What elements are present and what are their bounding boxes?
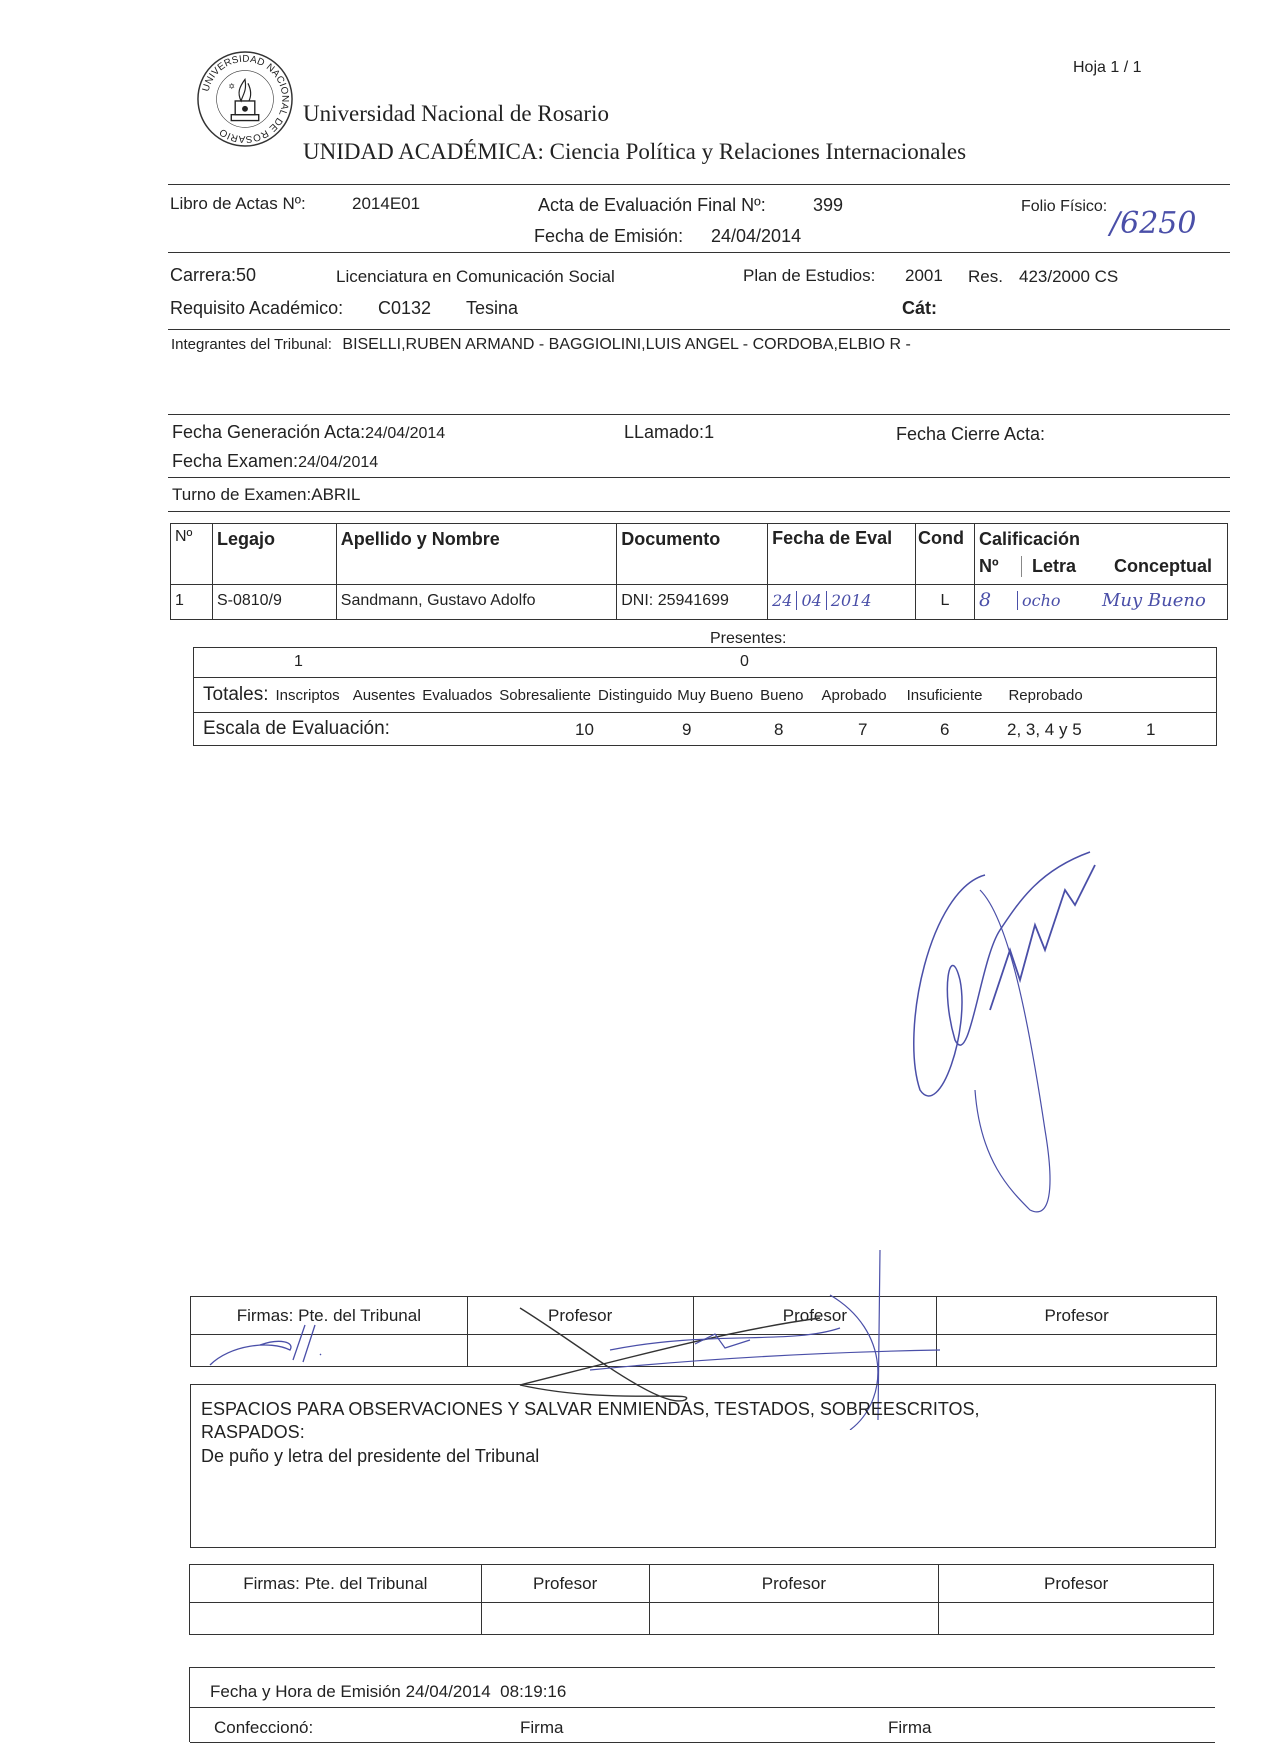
firmas-table-2: Firmas: Pte. del Tribunal Profesor Profe…: [189, 1564, 1214, 1635]
row-num: 1: [171, 585, 213, 620]
row-calificacion: 8ochoMuy Bueno: [974, 585, 1227, 620]
signature-mark-icon: [880, 830, 1140, 1250]
firma-profesor-label: Profesor: [937, 1297, 1217, 1335]
signature-field[interactable]: [649, 1603, 939, 1635]
row-documento: DNI: 25941699: [617, 585, 768, 620]
firma-label: Firma: [520, 1718, 563, 1738]
firma-pte-label: Firmas: Pte. del Tribunal: [191, 1297, 468, 1335]
divider: [168, 414, 1230, 415]
inscriptos-value: 1: [294, 653, 303, 671]
fecha-examen: Fecha Examen:24/04/2014: [172, 451, 378, 472]
confecciono-label: Confeccionó:: [214, 1718, 313, 1738]
academic-unit: UNIDAD ACADÉMICA: Ciencia Política y Rel…: [303, 139, 966, 165]
escala-aprobado: 6: [940, 720, 949, 740]
carrera-name: Licenciatura en Comunicación Social: [336, 267, 615, 287]
signature-field[interactable]: [939, 1603, 1214, 1635]
escala-distinguido: 9: [682, 720, 691, 740]
col-num: Nº: [171, 524, 213, 585]
table-header-row: Nº Legajo Apellido y Nombre Documento Fe…: [171, 524, 1228, 585]
divider: [168, 477, 1230, 478]
firma-profesor-label: Profesor: [939, 1565, 1214, 1603]
page-indicator: Hoja 1 / 1: [1073, 59, 1141, 77]
col-legajo: Legajo: [212, 524, 336, 585]
col-fecha: Fecha de Eval: [768, 524, 916, 585]
presentes-value: 0: [740, 653, 749, 671]
acta-label: Acta de Evaluación Final Nº:: [538, 195, 766, 216]
escala-bueno: 7: [858, 720, 867, 740]
row-cal-num: 8: [979, 589, 1017, 611]
row-cal-letra: ocho: [1017, 591, 1102, 610]
signature-field[interactable]: [481, 1603, 649, 1635]
table-row: 1 S-0810/9 Sandmann, Gustavo Adolfo DNI:…: [171, 585, 1228, 620]
firma-label: Firma: [888, 1718, 931, 1738]
observaciones-title-1: ESPACIOS PARA OBSERVACIONES Y SALVAR ENM…: [201, 1399, 980, 1420]
res-label: Res.: [968, 267, 1003, 287]
cat-label: Cát:: [902, 298, 937, 319]
libro-value: 2014E01: [352, 194, 420, 214]
firmas-table-1: Firmas: Pte. del Tribunal Profesor Profe…: [190, 1296, 1217, 1367]
row-cal-conceptual: Muy Bueno: [1102, 590, 1206, 611]
emision-value: 24/04/2014: [711, 226, 801, 247]
svg-text:UNIVERSIDAD NACIONAL DE ROSARI: UNIVERSIDAD NACIONAL DE ROSARIO: [201, 54, 291, 145]
observaciones-title-2: RASPADOS:: [201, 1422, 305, 1443]
plan-label: Plan de Estudios:: [743, 266, 875, 286]
escala-label: Escala de Evaluación:: [203, 718, 390, 740]
divider: [168, 329, 1230, 330]
escala-insuficiente: 2, 3, 4 y 5: [1007, 720, 1082, 740]
divider: [168, 511, 1230, 512]
row-nombre: Sandmann, Gustavo Adolfo: [336, 585, 616, 620]
firma-pte-label: Firmas: Pte. del Tribunal: [190, 1565, 482, 1603]
escala-muy-bueno: 8: [774, 720, 783, 740]
col-nombre: Apellido y Nombre: [336, 524, 616, 585]
signature-field[interactable]: [693, 1335, 937, 1367]
totals-row: Totales: Inscriptos Ausentes Evaluados S…: [203, 684, 1083, 706]
requisito-name: Tesina: [466, 298, 518, 319]
emision-label: Fecha de Emisión:: [534, 226, 683, 247]
col-cond: Cond: [916, 524, 975, 585]
escala-sobresaliente: 10: [575, 720, 594, 740]
svg-text:✡: ✡: [228, 82, 235, 91]
university-seal-icon: UNIVERSIDAD NACIONAL DE ROSARIO ✡: [196, 50, 294, 148]
signature-field[interactable]: [467, 1335, 693, 1367]
students-table: Nº Legajo Apellido y Nombre Documento Fe…: [170, 523, 1228, 620]
tribunal-members: BISELLI,RUBEN ARMAND - BAGGIOLINI,LUIS A…: [342, 336, 910, 353]
llamado: LLamado:1: [624, 422, 714, 443]
divider: [168, 252, 1230, 253]
requisito-value: C0132: [378, 298, 431, 319]
presentes-label: Presentes:: [710, 630, 786, 648]
col-documento: Documento: [617, 524, 768, 585]
res-value: 423/2000 CS: [1019, 267, 1118, 287]
plan-value: 2001: [905, 266, 943, 286]
observaciones-note: De puño y letra del presidente del Tribu…: [201, 1446, 539, 1467]
row-legajo: S-0810/9: [212, 585, 336, 620]
escala-reprobado: 1: [1146, 720, 1155, 740]
requisito-label: Requisito Académico:: [170, 298, 343, 319]
acta-number: 399: [813, 195, 843, 216]
folio-label: Folio Físico:: [1021, 198, 1107, 216]
firma-profesor-label: Profesor: [481, 1565, 649, 1603]
university-name: Universidad Nacional de Rosario: [303, 101, 609, 127]
firma-profesor-label: Profesor: [467, 1297, 693, 1335]
row-fecha-eval: 24042014: [768, 585, 916, 620]
turno: Turno de Examen:ABRIL: [172, 485, 360, 505]
signature-field[interactable]: [937, 1335, 1217, 1367]
fecha-generacion: Fecha Generación Acta:24/04/2014: [172, 422, 445, 443]
totals-box: 1 0 Totales: Inscriptos Ausentes Evaluad…: [193, 647, 1217, 746]
libro-label: Libro de Actas Nº:: [170, 194, 306, 214]
tribunal-row: Integrantes del Tribunal: BISELLI,RUBEN …: [171, 336, 911, 354]
divider: [168, 184, 1230, 185]
signature-field[interactable]: [190, 1603, 482, 1635]
col-calificacion: Calificación Nº Letra Conceptual: [974, 524, 1227, 585]
col-cal-letra: Letra: [1022, 556, 1114, 577]
col-cal-num: Nº: [979, 556, 1022, 577]
carrera-label: Carrera:50: [170, 265, 256, 286]
firma-profesor-label: Profesor: [693, 1297, 937, 1335]
col-cal-conceptual: Conceptual: [1114, 556, 1212, 577]
firma-profesor-label: Profesor: [649, 1565, 939, 1603]
signature-field[interactable]: [191, 1335, 468, 1367]
folio-handwritten: /6250: [1110, 206, 1196, 241]
footer-box: Fecha y Hora de Emisión 24/04/2014 08:19…: [189, 1667, 1215, 1742]
tribunal-label: Integrantes del Tribunal:: [171, 336, 332, 353]
row-cond: L: [916, 585, 975, 620]
observaciones-box: ESPACIOS PARA OBSERVACIONES Y SALVAR ENM…: [190, 1384, 1216, 1548]
fecha-cierre-label: Fecha Cierre Acta:: [896, 424, 1045, 445]
emision-row: Fecha y Hora de Emisión 24/04/2014 08:19…: [210, 1682, 566, 1702]
